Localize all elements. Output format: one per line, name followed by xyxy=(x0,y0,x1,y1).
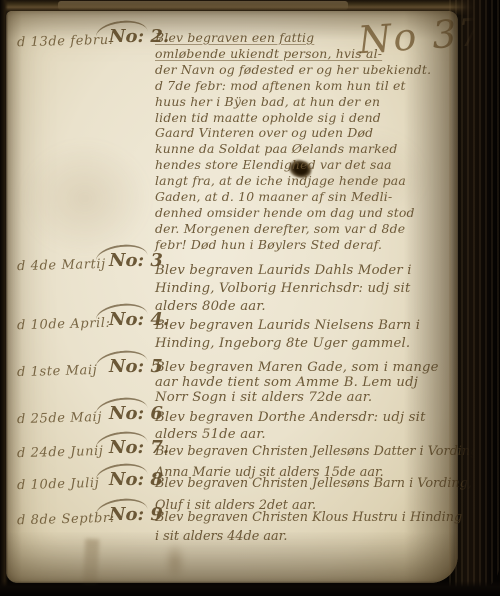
entry-line: Blev begraven Christen Jellesøns Barn i … xyxy=(155,473,471,495)
entry-line: aar havde tient som Amme B. Lem udj xyxy=(155,375,471,390)
entry-line: Blev begraven Laurids Nielsens Barn i xyxy=(155,317,471,335)
entry-line: der. Morgenen derefter, som var d 8de xyxy=(155,221,471,237)
entry-line: Blev begraven een fattig xyxy=(155,30,471,46)
entry-line: huus her i Bÿen bad, at hun der en xyxy=(155,94,471,110)
entry-line: Norr Sogn i sit alders 72de aar. xyxy=(155,390,471,405)
entry-line: febr! Død hun i Bøylers Sted deraf. xyxy=(155,237,471,253)
paper-stain xyxy=(20,141,150,256)
entry-line: Blev begraven Laurids Dahls Moder i xyxy=(155,262,471,280)
entry-text: Blev begraven Dorthe Andersdr: udj sit a… xyxy=(155,409,471,443)
entry-date: d 24de Junij xyxy=(17,444,104,461)
entry-text: Blev begraven Laurids Dahls Moder i Hind… xyxy=(155,262,471,316)
entry-line: Gaard Vinteren over og uden Død xyxy=(155,125,471,141)
book-edge-left xyxy=(0,0,8,596)
book-board-highlight xyxy=(58,1,348,10)
entry-line: alders 80de aar. xyxy=(155,298,471,316)
entry-date: d 25de Maij xyxy=(17,410,102,427)
entry-line: Blev begraven Christen Klous Hustru i Hi… xyxy=(155,508,471,527)
entry-line: langt fra, at de iche indjage hende paa xyxy=(155,173,471,189)
entry-line: Gaden, at d. 10 maaner af sin Medli- xyxy=(155,189,471,205)
entry-line: Blev begraven Dorthe Andersdr: udj sit xyxy=(155,409,471,426)
entry-line: omløbende ukiendt person, hvis al- xyxy=(155,46,471,62)
entry-text: Blev begraven Christen Klous Hustru i Hi… xyxy=(155,508,471,546)
entry-text: Blev begraven een fattig omløbende ukien… xyxy=(155,30,471,253)
entry-line: hendes store Elendighed var det saa xyxy=(155,157,471,173)
book-edge-bottom xyxy=(0,581,500,596)
entry-line: der Navn og fødested er og her ubekiendt… xyxy=(155,62,471,78)
entry-line: Blev begraven Maren Gade, som i mange xyxy=(155,360,471,375)
entry-line: Hinding, Volborig Henrichsdr: udj sit xyxy=(155,280,471,298)
entry-line: Hinding, Ingeborg 8te Uger gammel. xyxy=(155,335,471,353)
entry-date: d 1ste Maij xyxy=(17,363,98,380)
entry-date: d 10de Julij xyxy=(17,476,100,493)
entry-line: kunne da Soldat paa Øelands marked xyxy=(155,141,471,157)
paper-stain xyxy=(164,541,186,581)
manuscript-photo: No 37 d 13de febru: No: 2. Blev begraven… xyxy=(0,0,500,596)
book-binding-right xyxy=(449,0,500,596)
entry-line: Blev begraven Christen Jellesøns Datter … xyxy=(155,441,471,462)
entry-line: d 7de febr: mod aftenen kom hun til et xyxy=(155,78,471,94)
entry-date: d 4de Martij xyxy=(17,257,106,274)
entry-line: denhed omsider hende om dag und stod xyxy=(155,205,471,221)
entry-text: Blev begraven Laurids Nielsens Barn i Hi… xyxy=(155,317,471,353)
entry-line: liden tid maatte opholde sig i dend xyxy=(155,110,471,126)
manuscript-page: No 37 d 13de febru: No: 2. Blev begraven… xyxy=(6,11,458,583)
entry-line: i sit alders 44de aar. xyxy=(155,527,471,546)
entry-text: Blev begraven Maren Gade, som i mange aa… xyxy=(155,360,471,405)
